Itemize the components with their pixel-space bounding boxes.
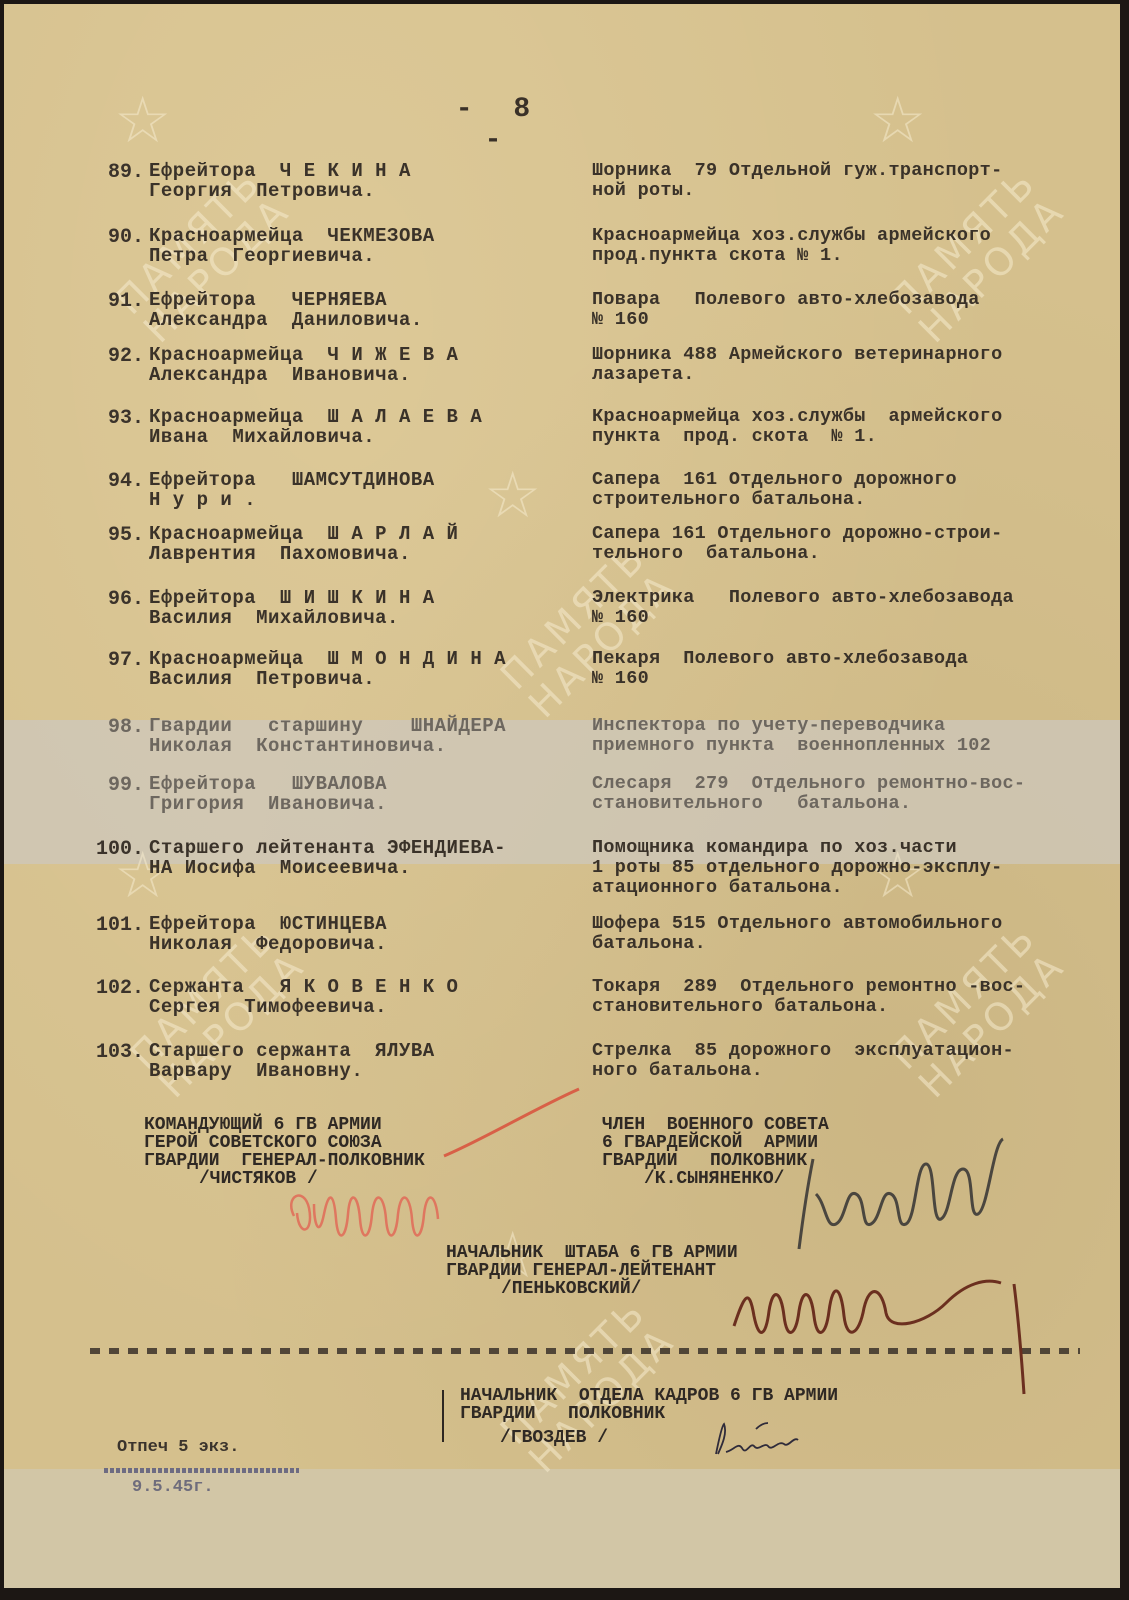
copies-note: Отпеч 5 экз. <box>117 1438 239 1457</box>
unit-description: Стрелка 85 дорожного эксплуатацион-ного … <box>592 1041 1112 1081</box>
unit-description: Красноармейца хоз.службы армейскогопрод.… <box>592 226 1112 266</box>
chief-of-staff-signature-block: НАЧАЛЬНИК ШТАБА 6 ГВ АРМИИГВАРДИИ ГЕНЕРА… <box>446 1244 738 1298</box>
unit-description: Красноармейца хоз.службы армейскогопункт… <box>592 407 1112 447</box>
entry-number: 90. <box>74 226 144 249</box>
entry-number: 103. <box>74 1041 144 1064</box>
person-name: Красноармейца Ш А Р Л А ЙЛаврентия Пахом… <box>149 524 569 564</box>
commander-signature-block: КОМАНДУЮЩИЙ 6 ГВ АРМИИГЕРОЙ СОВЕТСКОГО С… <box>144 1116 425 1188</box>
personnel-chief-signature-block: НАЧАЛЬНИК ОТДЕЛА КАДРОВ 6 ГВ АРМИИГВАРДИ… <box>460 1387 838 1447</box>
person-name: Сержанта Я К О В Е Н К ОСергея Тимофееви… <box>149 977 569 1017</box>
entry-number: 100. <box>74 838 144 861</box>
person-name: Ефрейтора ЮСТИНЦЕВАНиколая Федоровича. <box>149 914 569 954</box>
unit-description: Токаря 289 Отдельного ремонтно -вос-стан… <box>592 977 1112 1017</box>
person-name: Старшего сержанта ЯЛУВАВарвару Ивановну. <box>149 1041 569 1081</box>
note-underline <box>104 1468 299 1473</box>
unit-description: Электрика Полевого авто-хлебозавода№ 160 <box>592 588 1112 628</box>
unit-description: Сапера 161 Отдельного дорожно-строи-тель… <box>592 524 1112 564</box>
entry-number: 96. <box>74 588 144 611</box>
date-note: 9.5.45г. <box>132 1478 214 1497</box>
person-name: Ефрейтора Ч Е К И Н АГеоргия Петровича. <box>149 161 569 201</box>
star-icon: ☆ <box>869 89 926 153</box>
person-name: Ефрейтора ШУВАЛОВАГригория Ивановича. <box>149 774 569 814</box>
entry-number: 91. <box>74 290 144 313</box>
margin-mark <box>442 1390 444 1442</box>
entry-number: 99. <box>74 774 144 797</box>
unit-description: Шорника 79 Отдельной гуж.транспорт-ной р… <box>592 161 1112 201</box>
person-name: Ефрейтора ШАМСУТДИНОВАН у р и . <box>149 470 569 510</box>
page-number: - 8 - <box>434 94 564 156</box>
dashed-divider <box>90 1348 1080 1354</box>
person-name: Красноармейца Ч И Ж Е В ААлександра Иван… <box>149 345 569 385</box>
entry-number: 89. <box>74 161 144 184</box>
document-page: ☆ ПАМЯТЬНАРОДА ☆ ПАМЯТЬНАРОДА ☆ ПАМЯТЬНА… <box>4 4 1120 1588</box>
person-name: Старшего лейтенанта ЭФЕНДИЕВА-НА Иосифа … <box>149 838 569 878</box>
entry-number: 93. <box>74 407 144 430</box>
unit-description: Пекаря Полевого авто-хлебозавода№ 160 <box>592 649 1112 689</box>
person-name: Ефрейтора ЧЕРНЯЕВААлександра Даниловича. <box>149 290 569 330</box>
entry-number: 98. <box>74 716 144 739</box>
entry-number: 95. <box>74 524 144 547</box>
unit-description: Слесаря 279 Отдельного ремонтно-вос-стан… <box>592 774 1112 814</box>
unit-description: Шофера 515 Отдельного автомобильногобата… <box>592 914 1112 954</box>
unit-description: Инспектора по учету-переводчикаприемного… <box>592 716 1112 756</box>
unit-description: Повара Полевого авто-хлебозавода№ 160 <box>592 290 1112 330</box>
entry-number: 94. <box>74 470 144 493</box>
watermark-text: ПАМЯТЬНАРОДА <box>494 537 683 726</box>
entry-number: 97. <box>74 649 144 672</box>
person-name: Гвардии старшину ШНАЙДЕРАНиколая Констан… <box>149 716 569 756</box>
person-name: Красноармейца Ш М О Н Д И Н АВасилия Пет… <box>149 649 569 689</box>
person-name: Красноармейца ЧЕКМЕЗОВАПетра Георгиевича… <box>149 226 569 266</box>
person-name: Красноармейца Ш А Л А Е В АИвана Михайло… <box>149 407 569 447</box>
star-icon: ☆ <box>114 89 171 153</box>
unit-description: Шорника 488 Армейского ветеринарноголаза… <box>592 345 1112 385</box>
entry-number: 102. <box>74 977 144 1000</box>
entry-number: 92. <box>74 345 144 368</box>
person-name: Ефрейтора Ш И Ш К И Н АВасилия Михайлови… <box>149 588 569 628</box>
council-member-signature-block: ЧЛЕН ВОЕННОГО СОВЕТА6 ГВАРДЕЙСКОЙ АРМИИГ… <box>602 1116 829 1188</box>
entry-number: 101. <box>74 914 144 937</box>
unit-description: Помощника командира по хоз.части1 роты 8… <box>592 838 1112 898</box>
unit-description: Сапера 161 Отдельного дорожногостроитель… <box>592 470 1112 510</box>
